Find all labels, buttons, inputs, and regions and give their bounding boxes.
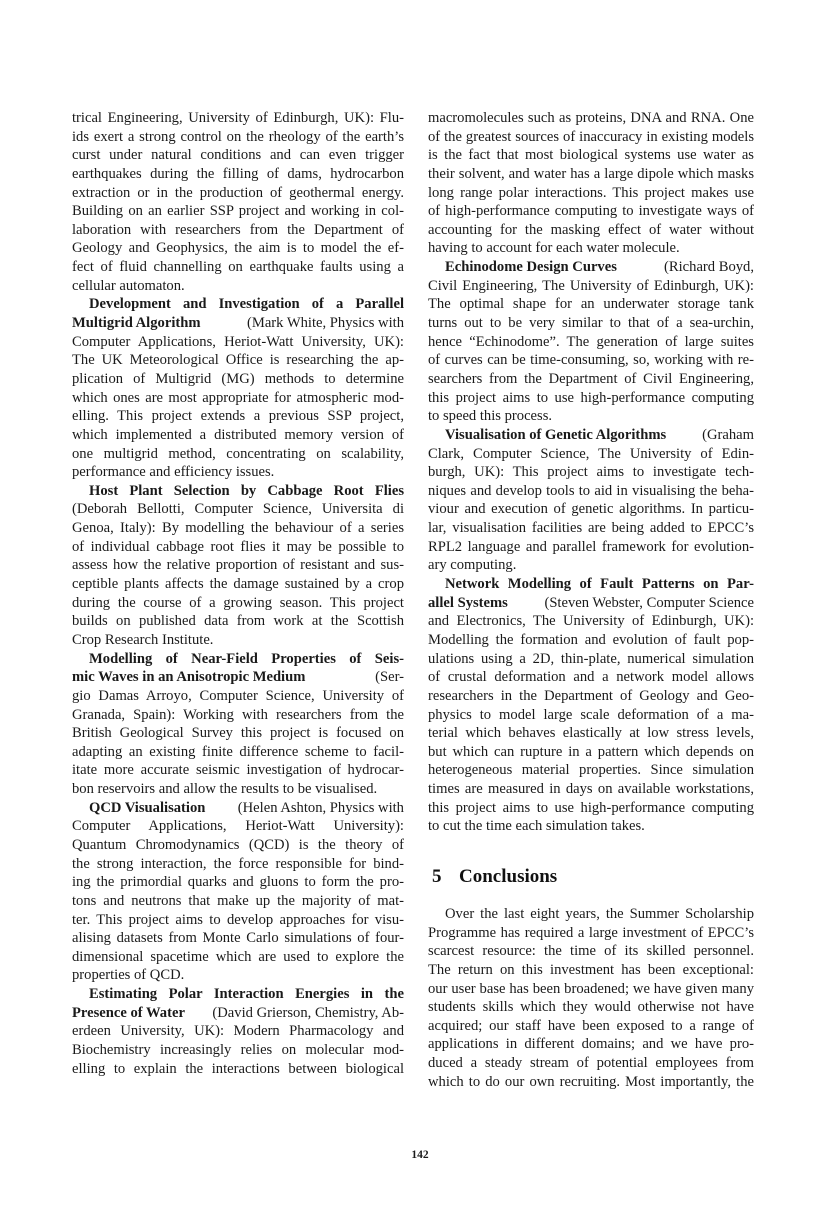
text-line: tons and neutrons that make up the major… xyxy=(72,892,404,911)
text-line: ter. This project aims to develop approa… xyxy=(72,911,404,930)
text-line: this project aims to use high-performanc… xyxy=(428,799,754,818)
text-line: ary computing. xyxy=(428,556,754,575)
text-line: mic Waves in an Anisotropic Medium(Ser- xyxy=(72,668,404,687)
text-line: Presence of Water(David Grierson, Chemis… xyxy=(72,1004,404,1023)
text-line: Visualisation of Genetic Algorithms(Grah… xyxy=(428,426,754,445)
project-entry-polar-interaction: Estimating Polar Interaction Energies in… xyxy=(72,985,404,1078)
section-number: 5 xyxy=(432,866,459,888)
text-line: times are measured in days on available … xyxy=(428,780,754,799)
text-line: turns out to be very similar to that of … xyxy=(428,314,754,333)
project-title: Development and Investigation of a Paral… xyxy=(72,295,404,314)
text-line: trical Engineering, University of Edinbu… xyxy=(72,109,404,128)
text-line: performance and efficiency issues. xyxy=(72,463,404,482)
text-line: Computer Applications, Heriot-Watt Unive… xyxy=(72,333,404,352)
text-line: Clark, Computer Science, The University … xyxy=(428,445,754,464)
project-author: (Mark White, Physics with xyxy=(247,314,404,333)
text-line: scarcest resource: the time of its skill… xyxy=(428,942,754,961)
text-line: British Geological Survey this project i… xyxy=(72,724,404,743)
project-author: (David Grierson, Chemistry, Ab- xyxy=(212,1004,404,1023)
text-line: Echinodome Design Curves(Richard Boyd, xyxy=(428,258,754,277)
text-line: acquired; our staff have been exposed to… xyxy=(428,1017,754,1036)
project-title: Multigrid Algorithm xyxy=(72,314,201,333)
project-title: mic Waves in an Anisotropic Medium xyxy=(72,668,305,687)
text-line: (Deborah Bellotti, Computer Science, Uni… xyxy=(72,500,404,519)
text-line: alising datasets from Monte Carlo simula… xyxy=(72,929,404,948)
text-line: niques and develop tools to aid in visua… xyxy=(428,482,754,501)
text-line: plication of Multigrid (MG) methods to d… xyxy=(72,370,404,389)
text-line: Crop Research Institute. xyxy=(72,631,404,650)
text-line: which implemented a distributed memory v… xyxy=(72,426,404,445)
text-line: properties of QCD. xyxy=(72,966,404,985)
page-number: 142 xyxy=(0,1149,840,1161)
text-line: burgh, UK): This project aims to investi… xyxy=(428,463,754,482)
text-line: Over the last eight years, the Summer Sc… xyxy=(428,905,754,924)
project-author: (Helen Ashton, Physics with xyxy=(238,799,404,818)
text-line: Modelling the formation and evolution of… xyxy=(428,631,754,650)
project-title: Estimating Polar Interaction Energies in… xyxy=(72,985,404,1004)
section-title: Conclusions xyxy=(459,866,557,887)
text-line: Building on an earlier SSP project and w… xyxy=(72,202,404,221)
text-line: fect of fluid channelling on earthquake … xyxy=(72,258,404,277)
text-line: QCD Visualisation(Helen Ashton, Physics … xyxy=(72,799,404,818)
section-heading-conclusions: 5Conclusions xyxy=(432,866,557,888)
text-line: gio Damas Arroyo, Computer Science, Univ… xyxy=(72,687,404,706)
text-line: of the greatest sources of inaccuracy in… xyxy=(428,128,754,147)
project-entry-qcd-visualisation: QCD Visualisation(Helen Ashton, Physics … xyxy=(72,799,404,985)
project-entry-cabbage-root-flies: Host Plant Selection by Cabbage Root Fli… xyxy=(72,482,404,650)
text-line: long range polar interactions. This proj… xyxy=(428,184,754,203)
text-line: accounting for the masking effect of wat… xyxy=(428,221,754,240)
project-entry-seismic-waves: Modelling of Near-Field Properties of Se… xyxy=(72,650,404,799)
text-line: extraction or in the production of geoth… xyxy=(72,184,404,203)
project-title: Visualisation of Genetic Algorithms xyxy=(445,426,666,445)
text-line: ing the primordial quarks and gluons to … xyxy=(72,873,404,892)
text-line: one multigrid method, concentrating on s… xyxy=(72,445,404,464)
project-author: (Richard Boyd, xyxy=(664,258,754,277)
text-line: lar, visualisation facilities are being … xyxy=(428,519,754,538)
text-line: their solvent, and water has a large dip… xyxy=(428,165,754,184)
text-line: macromolecules such as proteins, DNA and… xyxy=(428,109,754,128)
text-line: to speed this process. xyxy=(428,407,754,426)
text-line: laboration with researchers from the Dep… xyxy=(72,221,404,240)
text-line: Computer Applications, Heriot-Watt Unive… xyxy=(72,817,404,836)
project-title: Host Plant Selection by Cabbage Root Fli… xyxy=(72,482,404,501)
text-line: Geology and Geophysics, the aim is to mo… xyxy=(72,239,404,258)
text-line: Multigrid Algorithm(Mark White, Physics … xyxy=(72,314,404,333)
text-line: which ones are most appropriate for atmo… xyxy=(72,389,404,408)
text-line: elling to explain the interactions betwe… xyxy=(72,1060,404,1079)
text-line: viour and execution of genetic algorithm… xyxy=(428,500,754,519)
text-line: ceptible plants affects the damage susta… xyxy=(72,575,404,594)
text-line: heterogeneous material properties. Since… xyxy=(428,761,754,780)
text-line: which to do our own recruiting. Most imp… xyxy=(428,1073,754,1092)
project-entry-genetic-algorithms: Visualisation of Genetic Algorithms(Grah… xyxy=(428,426,754,575)
project-title: Network Modelling of Fault Patterns on P… xyxy=(428,575,754,594)
project-author: (Steven Webster, Computer Science xyxy=(544,594,754,613)
project-title: Modelling of Near-Field Properties of Se… xyxy=(72,650,404,669)
text-line: itate more accurate seismic investigatio… xyxy=(72,761,404,780)
text-line: bon reservoirs and allow the results to … xyxy=(72,780,404,799)
text-line: during the course of a growing season. T… xyxy=(72,594,404,613)
text-line: Quantum Chromodynamics (QCD) is the theo… xyxy=(72,836,404,855)
text-line: Genoa, Italy): By modelling the behaviou… xyxy=(72,519,404,538)
text-line: duced a steady stream of potential emplo… xyxy=(428,1054,754,1073)
text-line: The return on this investment has been e… xyxy=(428,961,754,980)
project-title: Presence of Water xyxy=(72,1004,185,1023)
text-line: physics to model large scale deformation… xyxy=(428,706,754,725)
text-line: this project aims to use high-performanc… xyxy=(428,389,754,408)
text-line: of crustal deformation and a network mod… xyxy=(428,668,754,687)
project-author: (Graham xyxy=(702,426,754,445)
right-column: macromolecules such as proteins, DNA and… xyxy=(428,109,754,836)
text-line: allel Systems(Steven Webster, Computer S… xyxy=(428,594,754,613)
text-line: of high-performance computing to investi… xyxy=(428,202,754,221)
text-line: Biochemistry increasingly relies on mole… xyxy=(72,1041,404,1060)
project-title: allel Systems xyxy=(428,594,508,613)
text-line: our user base has been broadened; we hav… xyxy=(428,980,754,999)
text-line: Granada, Spain): Working with researcher… xyxy=(72,706,404,725)
left-column: trical Engineering, University of Edinbu… xyxy=(72,109,404,1078)
text-line: applications in different domains; and w… xyxy=(428,1035,754,1054)
text-line: students skills which they would otherwi… xyxy=(428,998,754,1017)
text-line: curst under natural conditions and can e… xyxy=(72,146,404,165)
text-line: Civil Engineering, The University of Edi… xyxy=(428,277,754,296)
text-line: to cut the time each simulation takes. xyxy=(428,817,754,836)
text-line: having to account for each water molecul… xyxy=(428,239,754,258)
text-line: of curves can be time-consuming, so, wor… xyxy=(428,351,754,370)
text-line: dimensional spacetime which are used to … xyxy=(72,948,404,967)
text-line: The UK Meteorological Office is research… xyxy=(72,351,404,370)
text-line: terial which behaves elastically at low … xyxy=(428,724,754,743)
text-line: hence “Echinodome”. The generation of la… xyxy=(428,333,754,352)
project-title: QCD Visualisation xyxy=(89,799,205,818)
text-line: ids exert a strong control on the rheolo… xyxy=(72,128,404,147)
text-line: earthquakes during the filling of dams, … xyxy=(72,165,404,184)
text-line: cellular automaton. xyxy=(72,277,404,296)
project-entry-echinodome: Echinodome Design Curves(Richard Boyd, C… xyxy=(428,258,754,426)
text-line: but which can rupture in a pattern which… xyxy=(428,743,754,762)
project-title: Echinodome Design Curves xyxy=(445,258,617,277)
text-line: ulations using a 2D, thin-plate, numeric… xyxy=(428,650,754,669)
project-entry-network-modelling: Network Modelling of Fault Patterns on P… xyxy=(428,575,754,836)
conclusions-paragraph: Over the last eight years, the Summer Sc… xyxy=(428,905,754,1091)
text-line: of individual cabbage root flies it may … xyxy=(72,538,404,557)
text-line: builds on published data from work at th… xyxy=(72,612,404,631)
project-entry-multigrid: Development and Investigation of a Paral… xyxy=(72,295,404,481)
text-line: searchers from the Department of Civil E… xyxy=(428,370,754,389)
project-author: (Ser- xyxy=(375,668,404,687)
text-line: researchers in the Department of Geology… xyxy=(428,687,754,706)
text-line: is the fact that most biological systems… xyxy=(428,146,754,165)
text-line: adapting an existing finite difference s… xyxy=(72,743,404,762)
text-line: assess how the relative proportion of re… xyxy=(72,556,404,575)
text-line: The optimal shape for an underwater stor… xyxy=(428,295,754,314)
text-line: the strong interaction, the force respon… xyxy=(72,855,404,874)
text-line: and Electronics, The University of Edinb… xyxy=(428,612,754,631)
text-line: Programme has required a large investmen… xyxy=(428,924,754,943)
text-line: elling. This project extends a previous … xyxy=(72,407,404,426)
text-line: RPL2 language and parallel framework for… xyxy=(428,538,754,557)
text-line: erdeen University, UK): Modern Pharmacol… xyxy=(72,1022,404,1041)
